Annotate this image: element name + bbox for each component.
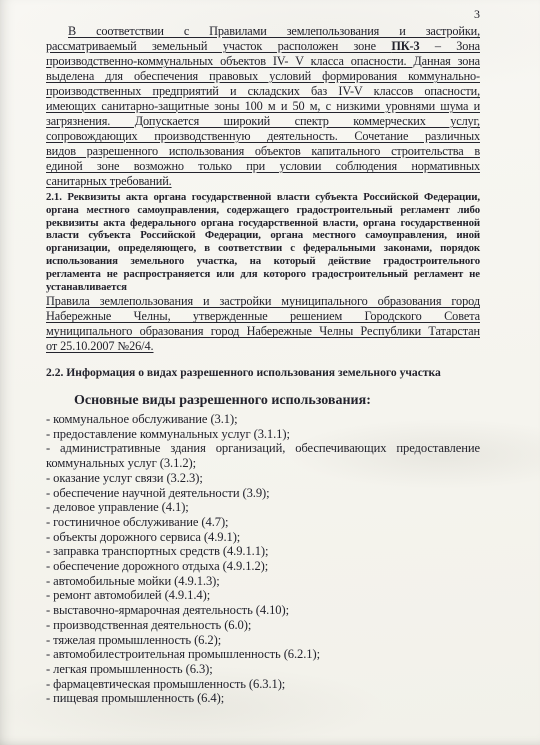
text-line: выделена для обеспечения правовых услови… bbox=[46, 69, 480, 84]
text-line: муниципального образования город Набереж… bbox=[46, 324, 480, 339]
list-item: - деловое управление (4.1); bbox=[46, 500, 480, 515]
text-segment: органа местного самоуправления, содержащ… bbox=[46, 204, 480, 216]
text-line: рассматриваемый земельный участок распол… bbox=[46, 39, 480, 54]
text-line: реквизиты акта федерального органа госуд… bbox=[46, 217, 480, 230]
text-segment: устанавливается bbox=[46, 281, 127, 293]
list-item: - тяжелая промышленность (6.2); bbox=[46, 633, 480, 648]
list-item: - гостиничное обслуживание (4.7); bbox=[46, 515, 480, 530]
text-line: загрязнения. Допускается широкий спектр … bbox=[46, 114, 480, 129]
list-item: - выставочно-ярмарочная деятельность (4.… bbox=[46, 603, 480, 618]
list-item: - коммунальное обслуживание (3.1); bbox=[46, 412, 480, 427]
list-item: - оказание услуг связи (3.2.3); bbox=[46, 471, 480, 486]
text-line: видов разрешенного использования объекто… bbox=[46, 144, 480, 159]
text-line: санитарных требований. bbox=[46, 174, 480, 189]
paragraph-zone-description: В соответствии с Правилами землепользова… bbox=[46, 24, 480, 189]
text-segment: сопровождающих производственную деятельн… bbox=[46, 129, 480, 143]
text-segment: имеющих санитарно-защитные зоны 100 м и … bbox=[46, 99, 480, 113]
text-line: сопровождающих производственную деятельн… bbox=[46, 129, 480, 144]
text-segment: 2.1. Реквизиты акта органа государственн… bbox=[46, 191, 480, 203]
text-segment: реквизиты акта федерального органа госуд… bbox=[46, 217, 480, 229]
text-line: от 25.10.2007 №26/4. bbox=[46, 339, 480, 354]
text-segment: власти субъекта Российской Федерации, ор… bbox=[46, 229, 480, 241]
list-item: - автомобилестроительная промышленность … bbox=[46, 647, 480, 662]
text-line: имеющих санитарно-защитные зоны 100 м и … bbox=[46, 99, 480, 114]
text-line: Правила землепользования и застройки мун… bbox=[46, 294, 480, 309]
text-line: устанавливается bbox=[46, 281, 480, 294]
list-item: - производственная деятельность (6.0); bbox=[46, 618, 480, 633]
list-item: - пищевая промышленность (6.4); bbox=[46, 691, 480, 706]
text-segment: производственно-коммунальных объектов IV… bbox=[46, 54, 480, 68]
text-segment: Набережные Челны, утвержденные решением … bbox=[46, 309, 480, 323]
text-line: Набережные Челны, утвержденные решением … bbox=[46, 309, 480, 324]
text-line: организации, определяющего, в соответств… bbox=[46, 242, 480, 255]
permitted-uses-list: - коммунальное обслуживание (3.1);- пред… bbox=[46, 412, 480, 706]
zone-code-emphasis: ПК-3 bbox=[391, 39, 419, 53]
text-line: производственно-коммунальных объектов IV… bbox=[46, 54, 480, 69]
list-item: - обеспечение научной деятельности (3.9)… bbox=[46, 486, 480, 501]
list-item: - автомобильные мойки (4.9.1.3); bbox=[46, 574, 480, 589]
text-segment: муниципального образования город Набереж… bbox=[46, 324, 480, 338]
text-segment: производственных предприятий и складских… bbox=[46, 84, 480, 98]
text-segment: видов разрешенного использования объекто… bbox=[46, 144, 480, 158]
text-segment: регламента не распространяется или для к… bbox=[46, 268, 480, 280]
document-content: В соответствии с Правилами землепользова… bbox=[0, 0, 540, 706]
list-item: - заправка транспортных средств (4.9.1.1… bbox=[46, 544, 480, 559]
text-segment: выделена для обеспечения правовых услови… bbox=[46, 69, 480, 83]
list-item: - легкая промышленность (6.3); bbox=[46, 662, 480, 677]
text-segment: загрязнения. Допускается широкий спектр … bbox=[46, 114, 480, 128]
text-segment: Правила землепользования и застройки мун… bbox=[46, 294, 480, 308]
text-line: производственных предприятий и складских… bbox=[46, 84, 480, 99]
paragraph-2-1-act-requisites: 2.1. Реквизиты акта органа государственн… bbox=[46, 191, 480, 293]
paragraph-land-use-rules-reference: Правила землепользования и застройки мун… bbox=[46, 294, 480, 354]
text-segment: В соответствии с Правилами землепользова… bbox=[68, 24, 480, 38]
text-line: единой зоне возможно только при условии … bbox=[46, 159, 480, 174]
list-item: - предоставление коммунальных услуг (3.1… bbox=[46, 427, 480, 442]
text-line: использования земельного участка, на кот… bbox=[46, 255, 480, 268]
list-item: - объекты дорожного сервиса (4.9.1); bbox=[46, 530, 480, 545]
text-segment: единой зоне возможно только при условии … bbox=[46, 159, 480, 173]
text-line: органа местного самоуправления, содержащ… bbox=[46, 204, 480, 217]
text-segment: от 25.10.2007 №26/4. bbox=[46, 339, 154, 353]
text-line: 2.1. Реквизиты акта органа государственн… bbox=[46, 191, 480, 204]
main-permitted-uses-heading: Основные виды разрешенного использования… bbox=[46, 392, 480, 409]
text-segment: организации, определяющего, в соответств… bbox=[46, 242, 480, 254]
list-item: - административные здания организаций, о… bbox=[46, 441, 480, 470]
section-2-2-heading: 2.2. Информация о видах разрешенного исп… bbox=[46, 366, 480, 380]
text-segment: – Зона bbox=[419, 39, 480, 53]
scanned-document-page: 3 В соответствии с Правилами землепользо… bbox=[0, 0, 540, 745]
text-segment: рассматриваемый земельный участок распол… bbox=[46, 39, 391, 53]
page-number: 3 bbox=[474, 7, 480, 22]
text-line: В соответствии с Правилами землепользова… bbox=[46, 24, 480, 39]
text-line: власти субъекта Российской Федерации, ор… bbox=[46, 229, 480, 242]
list-item: - ремонт автомобилей (4.9.1.4); bbox=[46, 588, 480, 603]
list-item: - обеспечение дорожного отдыха (4.9.1.2)… bbox=[46, 559, 480, 574]
text-segment: санитарных требований. bbox=[46, 174, 172, 188]
text-segment: использования земельного участка, на кот… bbox=[46, 255, 480, 267]
list-item: - фармацевтическая промышленность (6.3.1… bbox=[46, 677, 480, 692]
text-line: регламента не распространяется или для к… bbox=[46, 268, 480, 281]
